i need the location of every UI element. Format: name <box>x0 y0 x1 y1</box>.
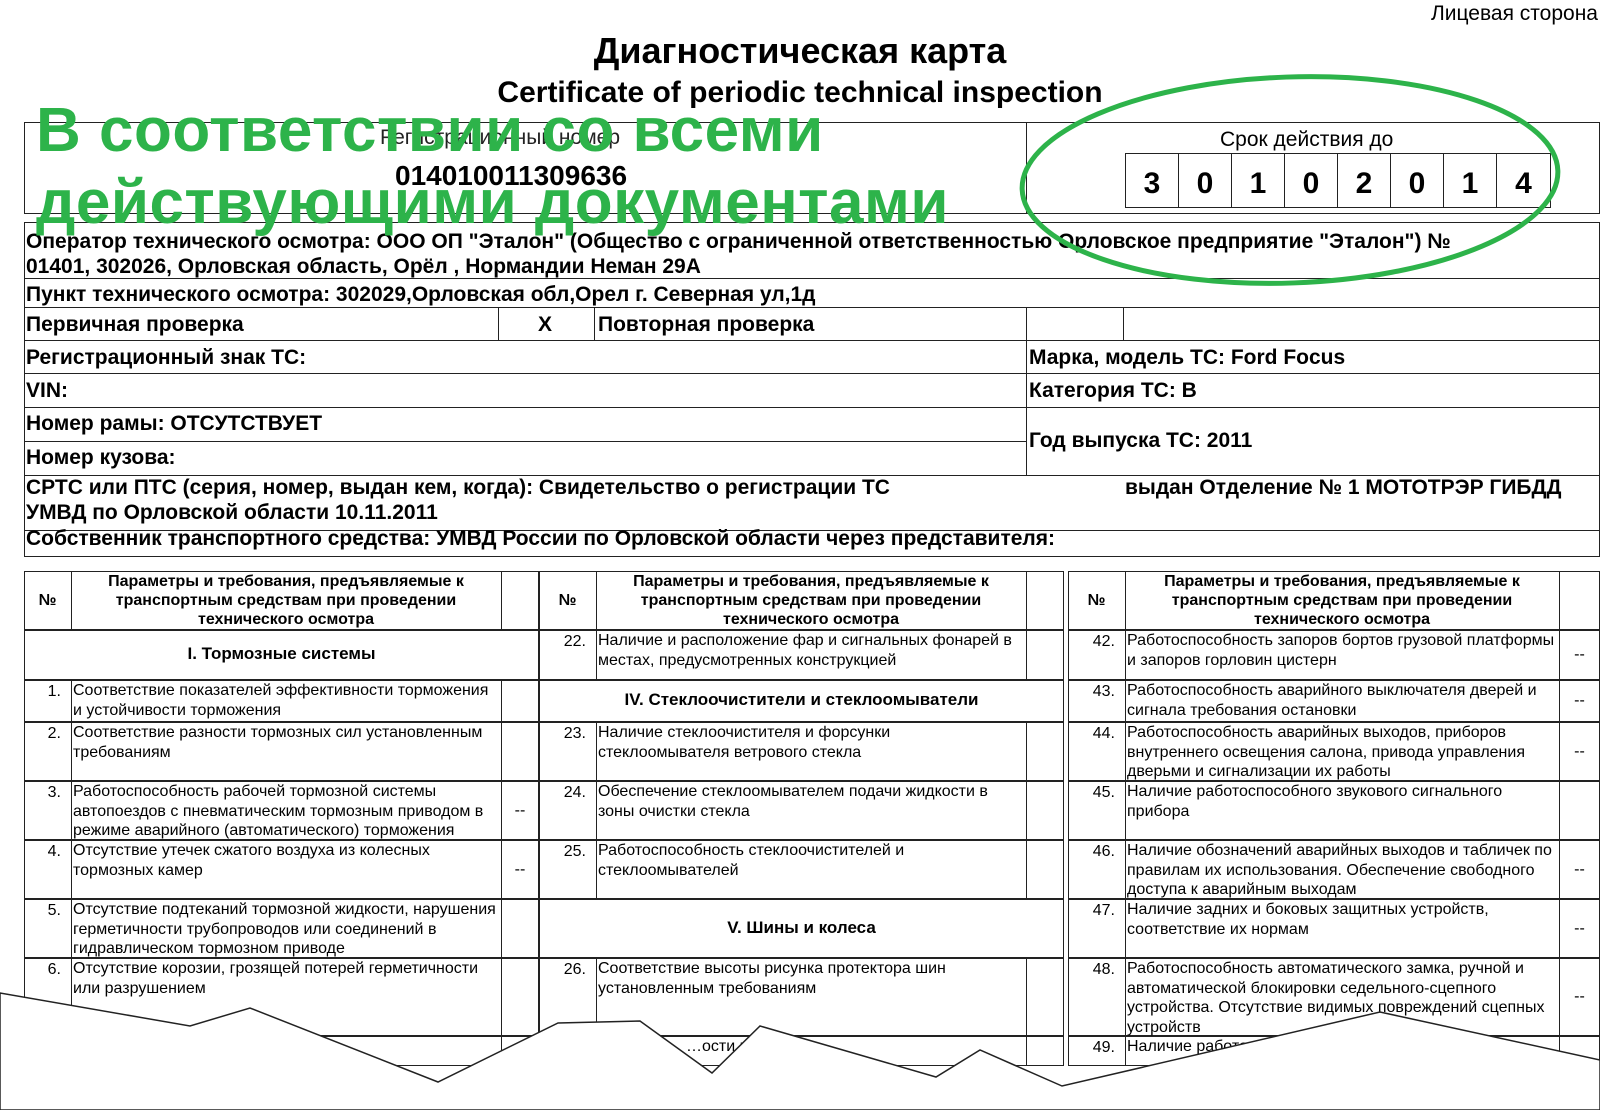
highlight-ellipse <box>1019 68 1562 293</box>
annotation-overlay <box>0 0 1600 1110</box>
torn-edge <box>0 993 1600 1110</box>
